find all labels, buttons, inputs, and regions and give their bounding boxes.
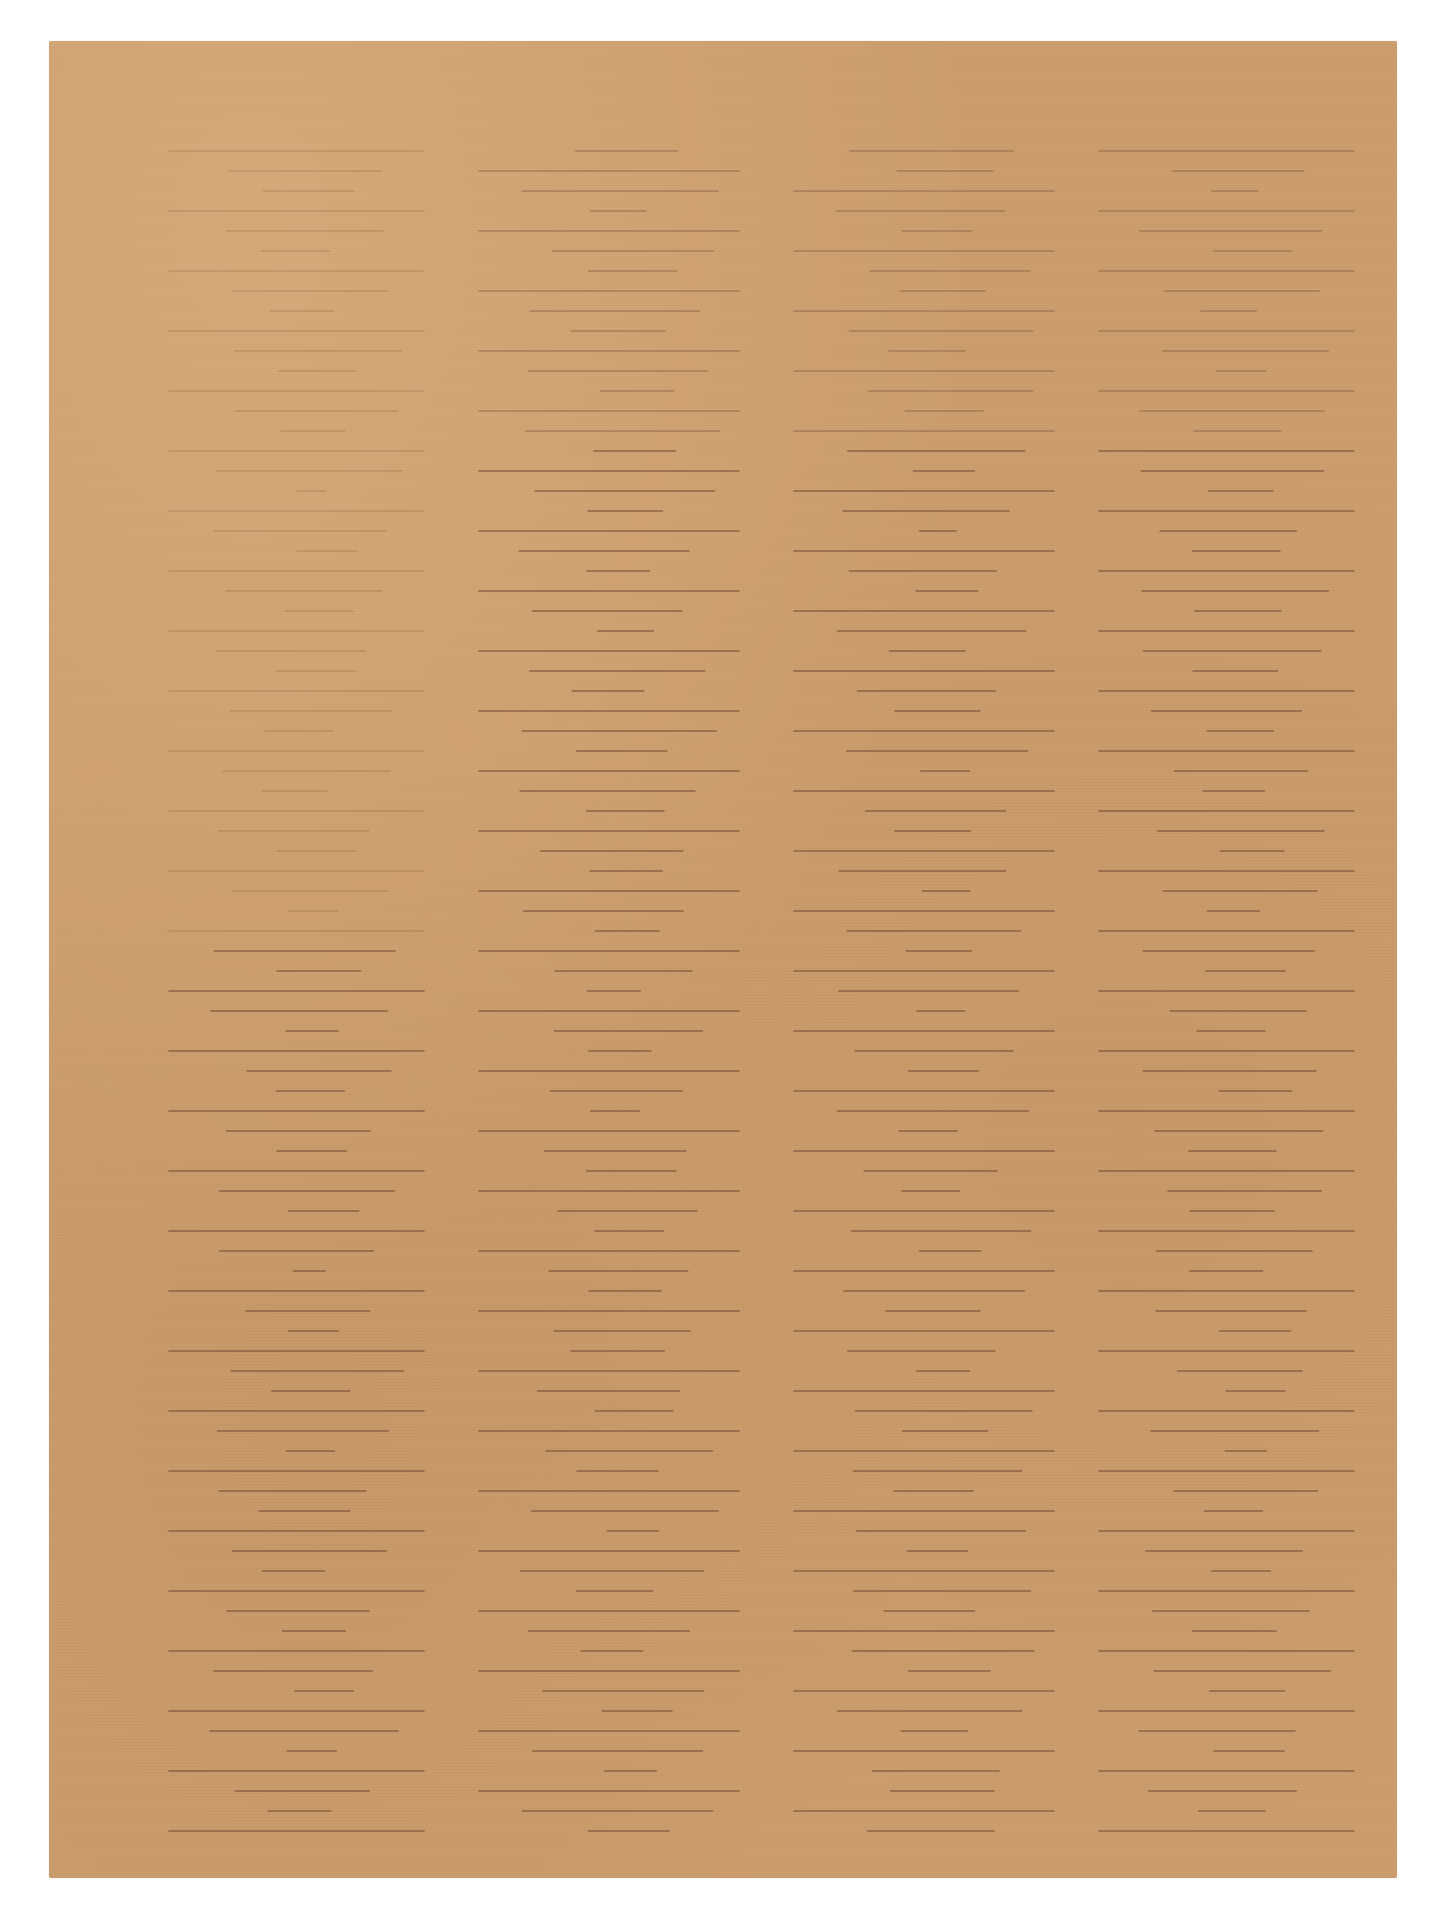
rug (49, 41, 1397, 1878)
rug-line-pattern (49, 41, 1397, 1878)
